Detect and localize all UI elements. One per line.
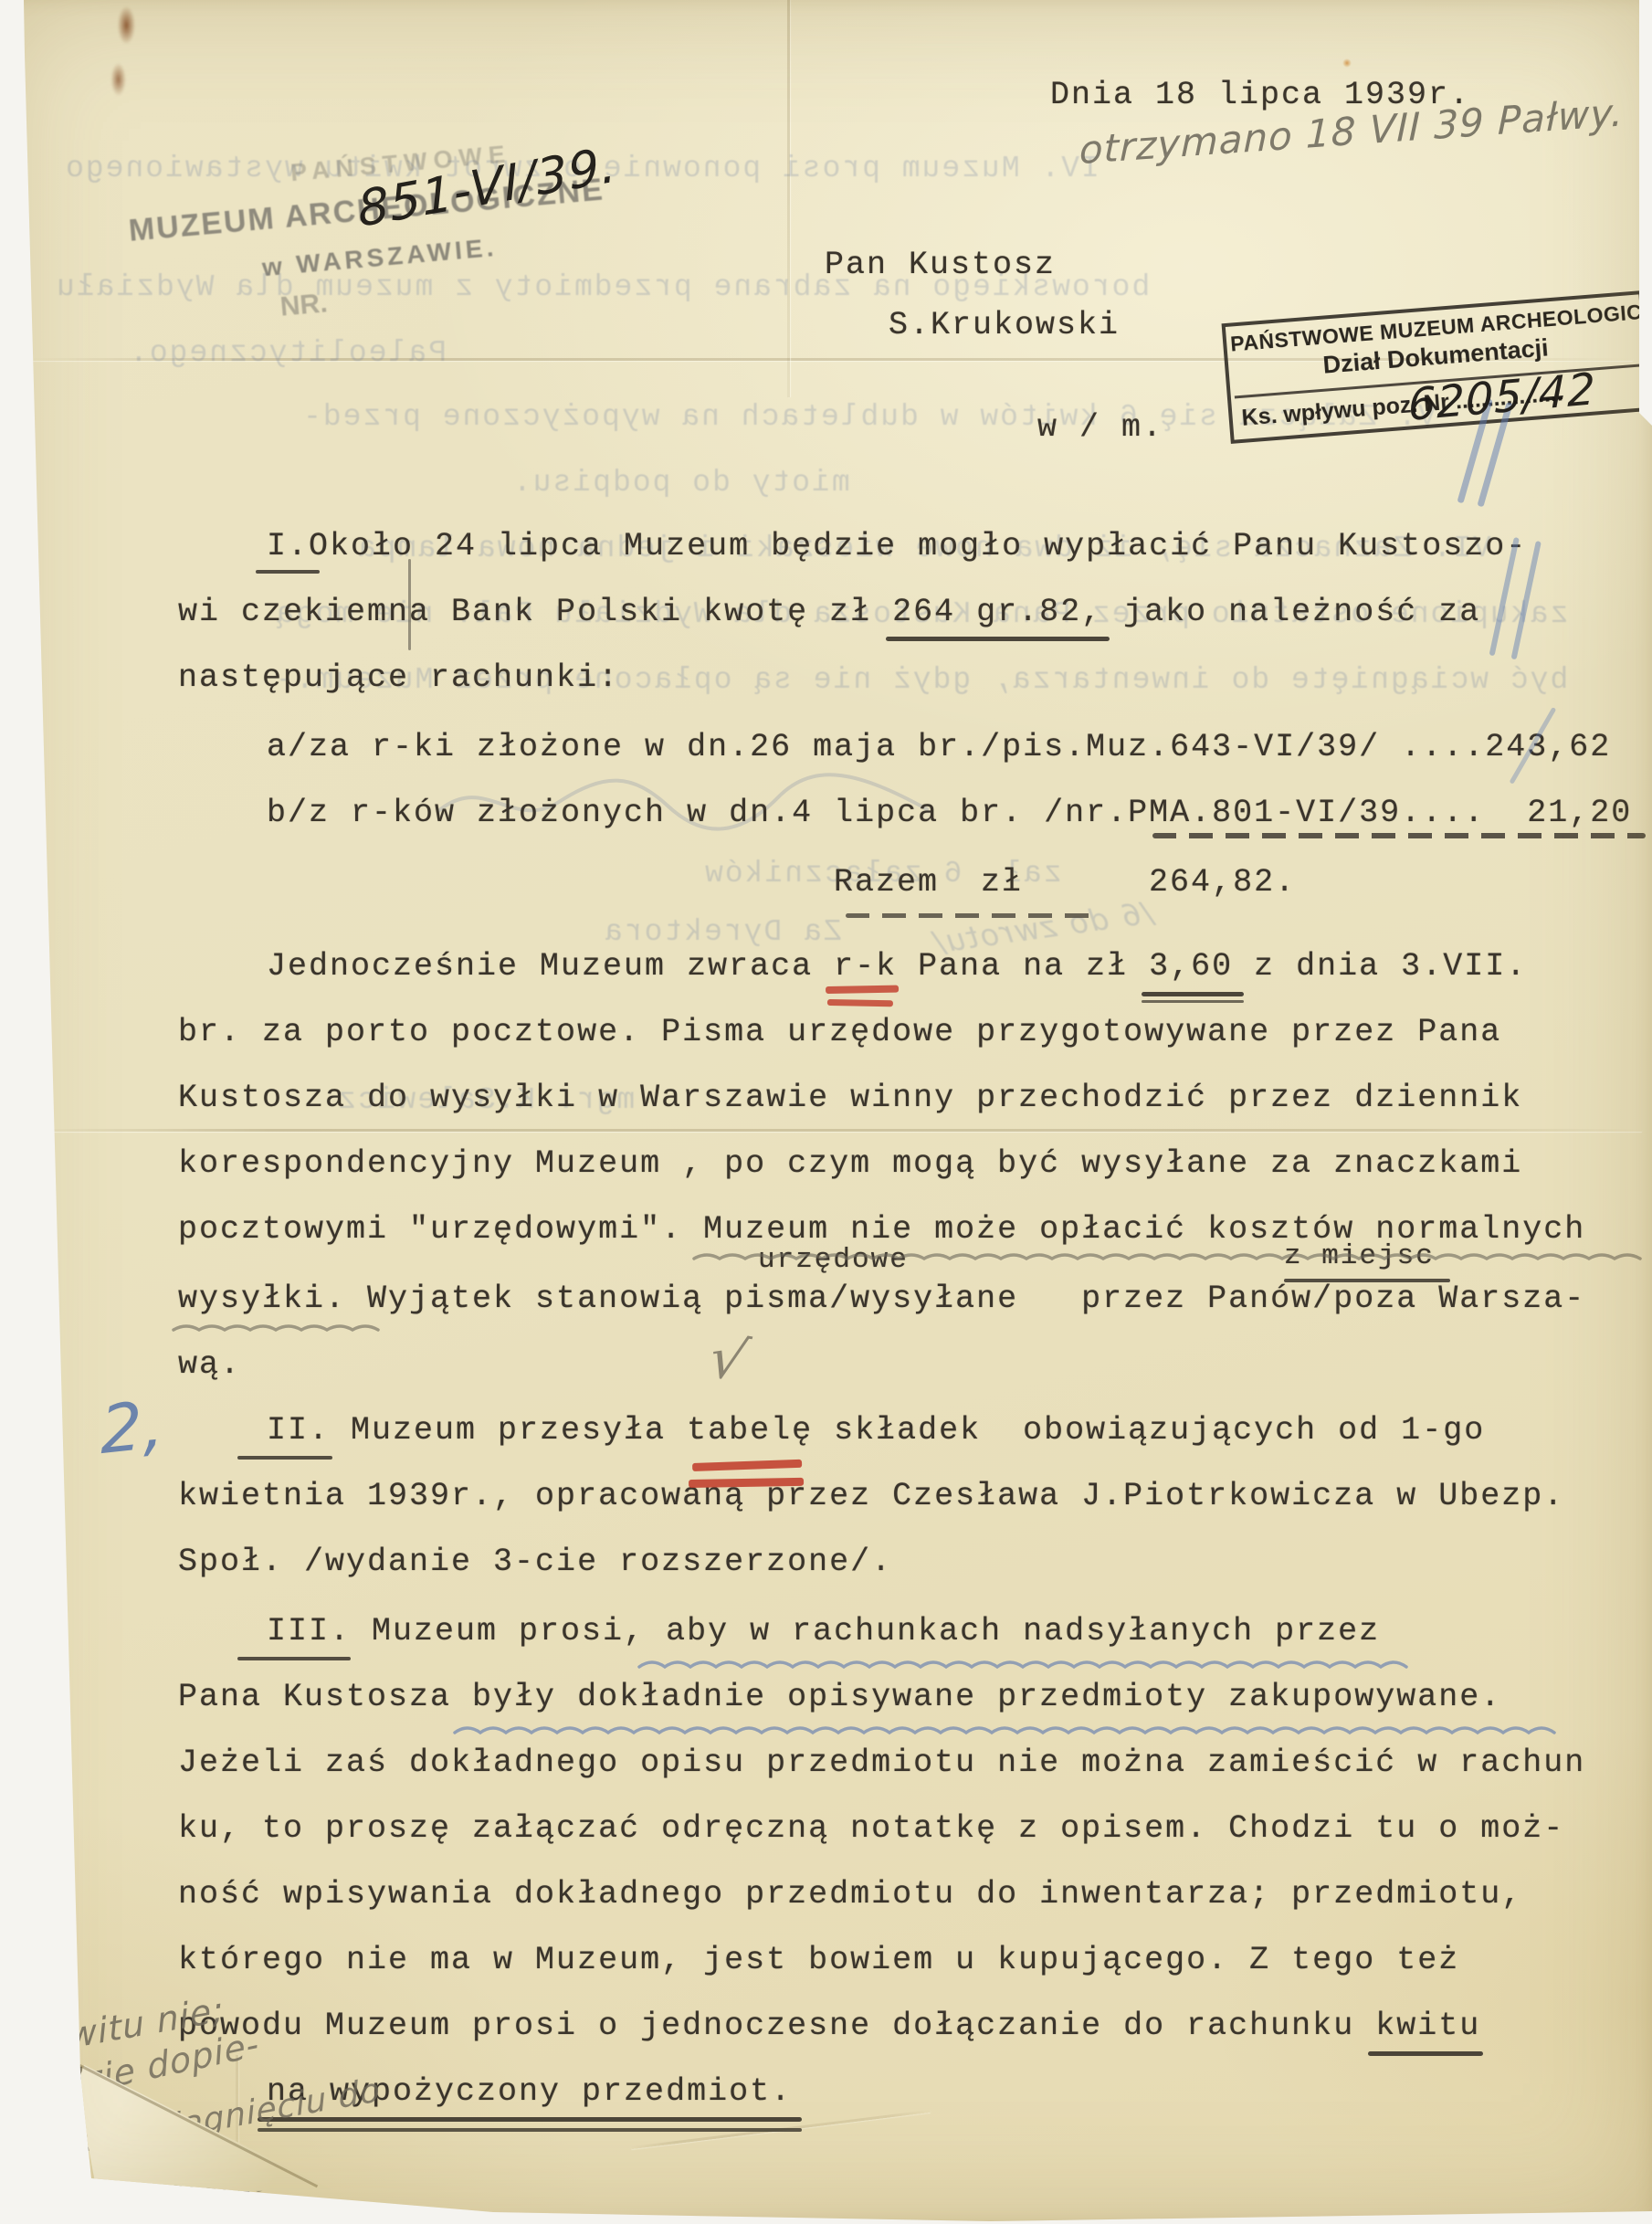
body-line: wi czekiemna Bank Polski kwotę zł 264 gr…	[178, 596, 1480, 629]
red-crayon-underline	[827, 999, 893, 1007]
fold-crease-vertical	[236, 2055, 238, 2219]
ghost-line: Za Dyrektora	[603, 915, 842, 949]
body-line: Jednocześnie Muzeum zwraca r-k Pana na z…	[267, 950, 1527, 984]
pencil-checkmark: √	[702, 1323, 756, 1395]
body-line: wysyłki. Wyjątek stanowią pisma/wysyłane…	[178, 1282, 1585, 1316]
body-line: II. Muzeum przesyła tabelę składek obowi…	[267, 1414, 1485, 1448]
body-line: ku, to proszę załączać odręczną notatkę …	[178, 1812, 1564, 1846]
body-line: ność wpisywania dokładnego przedmiotu do…	[178, 1878, 1522, 1912]
recipient-title: Pan Kustosz	[825, 248, 1056, 282]
typed-underline	[1142, 992, 1244, 996]
typed-underline	[237, 1456, 332, 1460]
body-line: Społ. /wydanie 3-cie rozszerzone/.	[178, 1545, 892, 1579]
typed-underline	[886, 637, 1110, 641]
body-line: którego nie ma w Muzeum, jest bowiem u k…	[178, 1944, 1459, 1977]
typed-underline	[256, 570, 320, 574]
typed-dashed-rule	[1152, 833, 1646, 838]
pencil-insertion-mark	[408, 559, 411, 650]
blue-crayon-underline	[455, 1726, 1537, 1747]
body-line: następujące rachunki:	[178, 661, 619, 695]
body-line: a/za r-ki złożone w dn.26 maja br./pis.M…	[267, 731, 1611, 764]
fold-crease-horizontal	[26, 1129, 1642, 1132]
typed-underline	[1284, 1279, 1450, 1282]
body-line: I.Około 24 lipca Muzeum będzie mogło wyp…	[267, 530, 1527, 564]
body-line: br. za porto pocztowe. Pisma urzędowe pr…	[178, 1016, 1501, 1049]
body-line: Kustosza do wysyłki w Warszawie winny pr…	[178, 1081, 1522, 1115]
body-line: powodu Muzeum prosi o jednoczesne dołącz…	[178, 2009, 1480, 2043]
body-line: b/z r-ków złożonych w dn.4 lipca br. /nr…	[267, 796, 1632, 830]
typed-underline	[258, 2128, 802, 2132]
body-line: Pana Kustosza były dokładnie opisywane p…	[178, 1681, 1501, 1714]
scan-background: IV. Muzeum prosi ponownie o zwrot kwitu …	[0, 0, 1652, 2224]
ghost-line: mioty do podpisu.	[511, 466, 850, 500]
recipient-place: w / m.	[1037, 411, 1163, 445]
red-crayon-underline	[826, 986, 899, 994]
typed-underline	[258, 2117, 802, 2122]
red-crayon-underline	[692, 1460, 802, 1471]
typed-underline	[237, 1657, 351, 1660]
body-line: kwietnia 1939r., opracowaną przez Czesła…	[178, 1480, 1564, 1513]
body-line: wą.	[178, 1348, 241, 1382]
body-line: korespondencyjny Muzeum , po czym mogą b…	[178, 1147, 1522, 1181]
rust-stain	[102, 5, 142, 104]
body-line: III. Muzeum prosi, aby w rachunkach nads…	[267, 1615, 1380, 1649]
typed-underline	[1142, 1000, 1244, 1003]
body-line: Jeżeli zaś dokładnego opisu przedmiotu n…	[178, 1746, 1585, 1780]
typed-underline	[1368, 2051, 1483, 2056]
typed-dashed-rule	[846, 913, 1092, 918]
pencil-underline	[174, 1324, 361, 1344]
blue-margin-numeral: 2,	[100, 1385, 165, 1469]
paper-speck	[1342, 58, 1352, 68]
total-line: Razem zł 264,82.	[834, 866, 1296, 900]
recipient-name: S.Krukowski	[889, 309, 1120, 343]
stamp-line: NR.	[279, 288, 328, 322]
blue-crayon-underline	[639, 1660, 1384, 1681]
stamp-line: w WARSZAWIE.	[261, 233, 499, 282]
fold-crease-vertical	[787, 0, 790, 397]
document-page: IV. Muzeum prosi ponownie o zwrot kwitu …	[0, 0, 1652, 2224]
pencil-underline	[694, 1253, 1629, 1272]
